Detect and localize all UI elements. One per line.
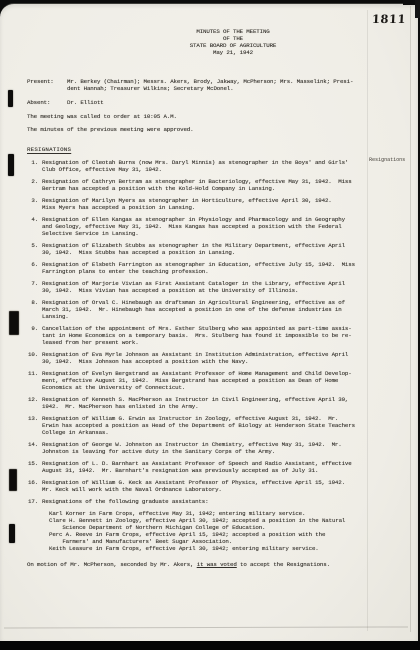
present-row: Present: Mr. Berkey (Chairman); Messrs. … bbox=[27, 78, 371, 92]
item-text: Resignations of the following graduate a… bbox=[42, 498, 371, 505]
item-number: 13. bbox=[27, 415, 38, 436]
graduate-assistant-entry-1: Karl Korner in Farm Crops, effective May… bbox=[49, 510, 371, 517]
graduate-assistant-entry-4: Keith Leasure in Farm Crops, effective A… bbox=[49, 545, 371, 552]
motion-line: On motion of Mr. McPherson, seconded by … bbox=[27, 561, 371, 568]
item-text: Resignation of Orval C. Hinebaugh as dra… bbox=[42, 299, 371, 320]
item-text: Resignation of Evelyn Bergstrand as Assi… bbox=[42, 370, 371, 391]
binder-mark bbox=[8, 154, 14, 176]
resignation-item-6: 6. Resignation of Elsbeth Farrington as … bbox=[27, 261, 371, 275]
page-bottom-edge-line bbox=[4, 626, 408, 628]
item-text: Resignation of Cathryn Bertram as stenog… bbox=[42, 178, 371, 192]
resignation-item-15: 15. Resignation of L. D. Barnhart as Ass… bbox=[27, 460, 371, 474]
graduate-assistants-list: Karl Korner in Farm Crops, effective May… bbox=[49, 510, 371, 552]
title-line-1: MINUTES OF THE MEETING bbox=[95, 28, 371, 35]
item-number: 5. bbox=[27, 242, 38, 256]
resignation-item-7: 7. Resignation of Marjorie Vivian as Fir… bbox=[27, 280, 371, 294]
resignations-heading: RESIGNATIONS bbox=[27, 146, 371, 153]
binder-mark bbox=[9, 469, 17, 491]
item-number: 3. bbox=[27, 197, 38, 211]
resignation-item-1: 1. Resignation of Cleotah Burns (now Mrs… bbox=[27, 159, 371, 173]
item-number: 12. bbox=[27, 396, 38, 410]
present-names: Mr. Berkey (Chairman); Messrs. Akers, Br… bbox=[67, 78, 371, 92]
binder-mark bbox=[9, 524, 15, 543]
resignation-item-2: 2. Resignation of Cathryn Bertram as ste… bbox=[27, 178, 371, 192]
motion-voted-underlined: it was voted bbox=[197, 561, 237, 568]
resignation-item-9: 9. Cancellation of the appointment of Mr… bbox=[27, 325, 371, 346]
item-number: 2. bbox=[27, 178, 38, 192]
typed-content: MINUTES OF THE MEETING OF THE STATE BOAR… bbox=[27, 28, 371, 568]
item-text: Resignation of Elsbeth Farrington as ste… bbox=[42, 261, 371, 275]
item-number: 11. bbox=[27, 370, 38, 391]
scan-corner-shadow bbox=[415, 0, 420, 18]
item-text: Resignation of Kenneth S. MacPherson as … bbox=[42, 396, 371, 410]
margin-note-resignations: Resignations bbox=[369, 157, 419, 163]
item-number: 9. bbox=[27, 325, 38, 346]
graduate-assistant-entry-3: Perc A. Reeve in Farm Crops, effective A… bbox=[49, 531, 371, 545]
item-number: 6. bbox=[27, 261, 38, 275]
paper-sheet: 1811 Resignations MINUTES OF THE MEETING… bbox=[0, 3, 418, 641]
absent-row: Absent: Dr. Elliott bbox=[27, 99, 371, 106]
item-number: 17. bbox=[27, 498, 38, 505]
title-line-3: STATE BOARD OF AGRICULTURE bbox=[95, 42, 371, 49]
called-to-order-line: The meeting was called to order at 10:05… bbox=[27, 113, 371, 120]
page-edge-line bbox=[410, 6, 411, 632]
document-title-block: MINUTES OF THE MEETING OF THE STATE BOAR… bbox=[27, 28, 371, 56]
resignation-item-3: 3. Resignation of Marilyn Myers as steno… bbox=[27, 197, 371, 211]
title-line-4: May 21, 1942 bbox=[95, 49, 371, 56]
item-number: 10. bbox=[27, 351, 38, 365]
title-line-2: OF THE bbox=[95, 35, 371, 42]
binder-mark bbox=[8, 90, 13, 107]
absent-names: Dr. Elliott bbox=[67, 99, 371, 106]
resignation-item-13: 13. Resignation of William G. Erwin as I… bbox=[27, 415, 371, 436]
item-text: Resignation of William G. Keck as Assist… bbox=[42, 479, 371, 493]
item-number: 14. bbox=[27, 441, 38, 455]
present-label: Present: bbox=[27, 78, 67, 92]
item-text: Resignation of William G. Erwin as Instr… bbox=[42, 415, 371, 436]
item-number: 8. bbox=[27, 299, 38, 320]
motion-text-before: On motion of Mr. McPherson, seconded by … bbox=[27, 561, 197, 568]
item-text: Resignation of Marilyn Myers as stenogra… bbox=[42, 197, 371, 211]
motion-text-after: to accept the Resignations. bbox=[237, 561, 330, 568]
resignation-item-4: 4. Resignation of Ellen Kangas as stenog… bbox=[27, 216, 371, 237]
item-number: 7. bbox=[27, 280, 38, 294]
binder-mark bbox=[9, 311, 19, 335]
resignation-item-17: 17. Resignations of the following gradua… bbox=[27, 498, 371, 505]
item-number: 16. bbox=[27, 479, 38, 493]
item-text: Cancellation of the appointment of Mrs. … bbox=[42, 325, 371, 346]
item-text: Resignation of Cleotah Burns (now Mrs. D… bbox=[42, 159, 371, 173]
graduate-assistant-entry-2: Clare H. Bennett in Zoology, effective A… bbox=[49, 517, 371, 531]
resignation-item-10: 10. Resignation of Eva Myrle Johnson as … bbox=[27, 351, 371, 365]
item-text: Resignation of Elizabeth Stubbs as steno… bbox=[42, 242, 371, 256]
resignation-item-8: 8. Resignation of Orval C. Hinebaugh as … bbox=[27, 299, 371, 320]
minutes-approved-line: The minutes of the previous meeting were… bbox=[27, 126, 371, 133]
resignation-item-5: 5. Resignation of Elizabeth Stubbs as st… bbox=[27, 242, 371, 256]
item-text: Resignation of George W. Johnston as Ins… bbox=[42, 441, 371, 455]
scanned-minutes-page: 1811 Resignations MINUTES OF THE MEETING… bbox=[0, 0, 420, 650]
resignation-item-16: 16. Resignation of William G. Keck as As… bbox=[27, 479, 371, 493]
resignation-item-11: 11. Resignation of Evelyn Bergstrand as … bbox=[27, 370, 371, 391]
resignation-item-14: 14. Resignation of George W. Johnston as… bbox=[27, 441, 371, 455]
scan-bottom-border bbox=[0, 641, 420, 650]
absent-label: Absent: bbox=[27, 99, 67, 106]
page-number: 1811 bbox=[372, 12, 407, 26]
item-number: 4. bbox=[27, 216, 38, 237]
item-text: Resignation of Eva Myrle Johnson as Assi… bbox=[42, 351, 371, 365]
item-number: 15. bbox=[27, 460, 38, 474]
item-number: 1. bbox=[27, 159, 38, 173]
resignation-item-12: 12. Resignation of Kenneth S. MacPherson… bbox=[27, 396, 371, 410]
item-text: Resignation of Marjorie Vivian as First … bbox=[42, 280, 371, 294]
item-text: Resignation of Ellen Kangas as stenograp… bbox=[42, 216, 371, 237]
item-text: Resignation of L. D. Barnhart as Assista… bbox=[42, 460, 371, 474]
